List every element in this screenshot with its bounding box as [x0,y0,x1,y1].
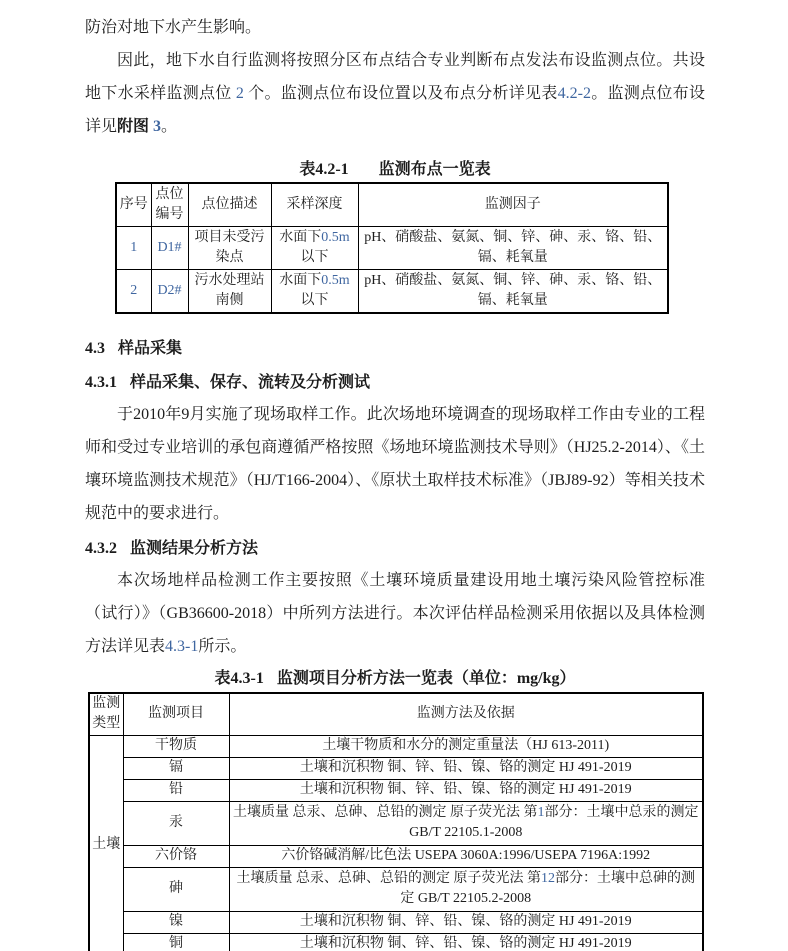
col-header-monitor-factors: 监测因子 [358,183,668,227]
table-row: 1 D1# 项目未受污染点 水面下0.5m以下 pH、硝酸盐、氨氮、铜、锌、砷、… [116,227,668,270]
cell-point-id: D1# [151,227,188,270]
cell-point-desc: 项目未受污染点 [188,227,271,270]
heading-4-3-1-sample-handling: 4.3.1样品采集、保存、流转及分析测试 [85,372,705,394]
cell-monitor-item: 汞 [123,801,229,845]
cell-sample-depth: 水面下0.5m以下 [271,227,358,270]
document-page: 防治对地下水产生影响。 因此，地下水自行监测将按照分区布点结合专业判断布点发法布… [0,0,788,951]
table-row: 铅 土壤和沉积物 铜、锌、铅、镍、铬的测定 HJ 491-2019 [89,779,703,801]
cell-method-basis: 土壤和沉积物 铜、锌、铅、镍、铬的测定 HJ 491-2019 [229,779,703,801]
table-header-row: 序号 点位编号 点位描述 采样深度 监测因子 [116,183,668,227]
cell-monitor-factors: pH、硝酸盐、氨氮、铜、锌、砷、汞、铬、铅、镉、耗氧量 [358,270,668,314]
cell-method-basis: 土壤和沉积物 铜、锌、铅、镍、铬的测定 HJ 491-2019 [229,757,703,779]
monitoring-points-table: 序号 点位编号 点位描述 采样深度 监测因子 1 D1# 项目未受污染点 水面下… [115,182,669,314]
col-header-monitor-item: 监测项目 [123,693,229,735]
cell-monitor-item: 干物质 [123,735,229,757]
cell-monitor-item: 镍 [123,911,229,933]
paragraph-groundwater-impact: 防治对地下水产生影响。 [85,11,705,44]
cell-monitor-item: 六价铬 [123,845,229,867]
cell-monitor-item: 铅 [123,779,229,801]
col-header-point-desc: 点位描述 [188,183,271,227]
table-header-row: 监测类型 监测项目 监测方法及依据 [89,693,703,735]
col-header-method-basis: 监测方法及依据 [229,693,703,735]
cell-method-basis: 土壤质量 总汞、总砷、总铅的测定 原子荧光法 第1部分：土壤中总汞的测定 GB/… [229,801,703,845]
cell-seq: 1 [116,227,151,270]
cell-monitor-item: 砷 [123,867,229,911]
cell-monitor-item: 铜 [123,933,229,951]
analysis-methods-table: 监测类型 监测项目 监测方法及依据 土壤 干物质 土壤干物质和水分的测定重量法（… [88,692,704,951]
paragraph-groundwater-monitoring-plan: 因此，地下水自行监测将按照分区布点结合专业判断布点发法布设监测点位。共设地下水采… [85,44,705,143]
cell-monitor-type-soil: 土壤 [89,735,123,951]
cell-sample-depth: 水面下0.5m以下 [271,270,358,314]
cell-method-basis: 土壤和沉积物 铜、锌、铅、镍、铬的测定 HJ 491-2019 [229,933,703,951]
table-row: 2 D2# 污水处理站南侧 水面下0.5m以下 pH、硝酸盐、氨氮、铜、锌、砷、… [116,270,668,314]
col-header-sample-depth: 采样深度 [271,183,358,227]
table-row: 汞 土壤质量 总汞、总砷、总铅的测定 原子荧光法 第1部分：土壤中总汞的测定 G… [89,801,703,845]
col-header-monitor-type: 监测类型 [89,693,123,735]
table1-caption: 表4.2-1监测布点一览表 [85,156,705,179]
cell-point-desc: 污水处理站南侧 [188,270,271,314]
col-header-point-id: 点位编号 [151,183,188,227]
table-row: 土壤 干物质 土壤干物质和水分的测定重量法（HJ 613-2011) [89,735,703,757]
paragraph-4-3-2-body: 本次场地样品检测工作主要按照《土壤环境质量建设用地土壤污染风险管控标准（试行）》… [85,564,705,663]
table2-caption: 表4.3-1监测项目分析方法一览表（单位：mg/kg） [85,665,705,688]
table-row: 镉 土壤和沉积物 铜、锌、铅、镍、铬的测定 HJ 491-2019 [89,757,703,779]
col-header-seq: 序号 [116,183,151,227]
cell-method-basis: 六价铬碱消解/比色法 USEPA 3060A:1996/USEPA 7196A:… [229,845,703,867]
table-row: 镍 土壤和沉积物 铜、锌、铅、镍、铬的测定 HJ 491-2019 [89,911,703,933]
cell-method-basis: 土壤干物质和水分的测定重量法（HJ 613-2011) [229,735,703,757]
cell-method-basis: 土壤质量 总汞、总砷、总铅的测定 原子荧光法 第12部分：土壤中总砷的测定 GB… [229,867,703,911]
cell-seq: 2 [116,270,151,314]
table-row: 六价铬 六价铬碱消解/比色法 USEPA 3060A:1996/USEPA 71… [89,845,703,867]
table-row: 砷 土壤质量 总汞、总砷、总铅的测定 原子荧光法 第12部分：土壤中总砷的测定 … [89,867,703,911]
cell-point-id: D2# [151,270,188,314]
heading-4-3-2-analysis-methods: 4.3.2监测结果分析方法 [85,538,705,560]
heading-4-3-sample-collection: 4.3样品采集 [85,338,705,360]
table-row: 铜 土壤和沉积物 铜、锌、铅、镍、铬的测定 HJ 491-2019 [89,933,703,951]
cell-monitor-factors: pH、硝酸盐、氨氮、铜、锌、砷、汞、铬、铅、镉、耗氧量 [358,227,668,270]
paragraph-4-3-1-body: 于2010年9月实施了现场取样工作。此次场地环境调查的现场取样工作由专业的工程师… [85,398,705,530]
cell-monitor-item: 镉 [123,757,229,779]
cell-method-basis: 土壤和沉积物 铜、锌、铅、镍、铬的测定 HJ 491-2019 [229,911,703,933]
